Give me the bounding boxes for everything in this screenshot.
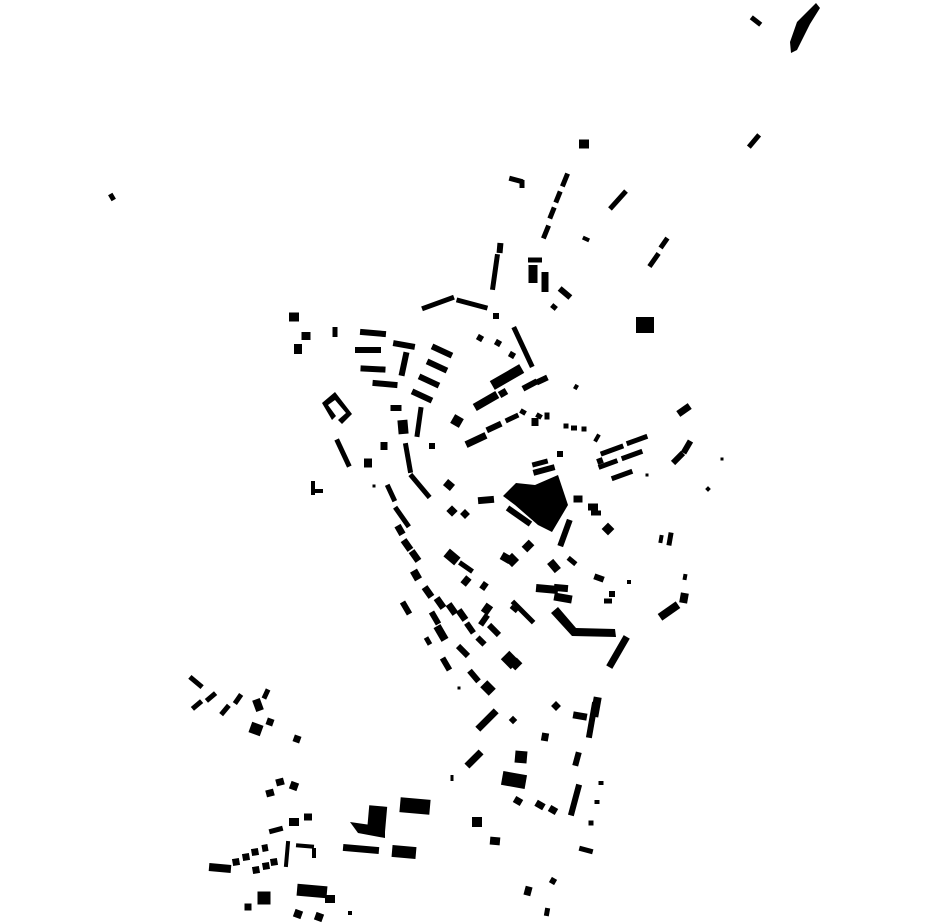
building-footprint: [560, 173, 570, 188]
building-footprint: [364, 459, 372, 468]
building-footprint: [586, 702, 598, 738]
building-footprint: [426, 359, 448, 374]
building-footprint: [553, 191, 562, 204]
building-footprint: [514, 750, 527, 763]
building-footprint: [401, 538, 414, 552]
building-footprint: [579, 846, 594, 854]
building-footprint: [721, 458, 724, 461]
building-footprints-layer: [0, 0, 930, 924]
building-footprint: [557, 451, 563, 457]
building-footprint: [479, 581, 489, 591]
building-footprint: [296, 843, 314, 849]
building-footprint: [333, 327, 338, 337]
building-footprint: [545, 413, 550, 420]
building-footprint: [391, 405, 402, 411]
building-footprint: [322, 392, 352, 424]
building-footprint: [548, 805, 558, 815]
building-footprint: [522, 540, 535, 553]
building-footprint: [258, 892, 271, 905]
building-footprint: [289, 818, 299, 826]
building-footprint: [705, 486, 711, 492]
building-footprint: [567, 556, 578, 566]
building-footprint: [265, 789, 275, 798]
building-footprint: [242, 853, 250, 861]
building-footprint: [409, 549, 422, 563]
building-footprint: [658, 601, 681, 620]
building-footprint: [505, 413, 520, 423]
building-footprint: [501, 771, 527, 789]
building-footprint: [262, 862, 270, 870]
building-footprint: [609, 591, 615, 597]
building-footprint: [490, 837, 501, 846]
building-footprint: [547, 207, 556, 220]
building-footprint: [424, 636, 432, 645]
building-footprint: [557, 519, 572, 547]
building-footprint: [532, 418, 539, 426]
building-footprint: [460, 575, 471, 586]
building-footprint: [676, 403, 691, 417]
building-footprint: [399, 352, 410, 377]
building-footprint: [314, 912, 324, 922]
building-footprint: [289, 781, 299, 791]
building-footprint: [659, 237, 670, 250]
building-footprint: [381, 442, 388, 450]
building-footprint: [293, 735, 302, 744]
building-footprint: [399, 797, 430, 815]
building-footprint: [443, 549, 460, 566]
building-footprint: [498, 388, 508, 398]
building-footprint: [606, 635, 630, 669]
building-footprint: [266, 718, 275, 727]
building-footprint: [297, 884, 328, 899]
building-footprint: [574, 496, 583, 503]
building-footprint: [108, 193, 116, 202]
building-footprint: [608, 189, 628, 210]
building-footprint: [621, 449, 643, 461]
building-footprint: [233, 693, 243, 705]
building-footprint: [262, 688, 271, 699]
building-footprint: [553, 592, 572, 603]
building-footprint: [558, 286, 573, 300]
building-footprint: [591, 511, 601, 516]
building-footprint: [460, 509, 470, 519]
building-footprint: [523, 886, 532, 897]
building-footprint: [600, 444, 624, 457]
building-footprint: [294, 344, 302, 354]
building-footprint: [568, 784, 582, 816]
building-footprint: [414, 407, 423, 437]
building-footprint: [458, 687, 461, 690]
building-footprint: [450, 414, 464, 428]
building-footprint: [480, 680, 496, 696]
building-footprint: [513, 796, 523, 806]
building-footprint: [392, 845, 417, 859]
building-footprint: [550, 303, 558, 311]
building-footprint: [403, 443, 413, 473]
building-footprint: [681, 439, 693, 454]
building-footprint: [429, 610, 441, 625]
building-footprint: [487, 623, 501, 637]
building-footprint: [313, 489, 323, 493]
building-footprint: [275, 778, 285, 787]
building-footprint: [304, 814, 312, 821]
building-footprint: [394, 524, 405, 536]
building-footprint: [571, 426, 577, 431]
building-footprint: [534, 800, 545, 811]
building-footprint: [443, 479, 455, 491]
building-footprint: [636, 317, 654, 333]
building-footprint: [451, 775, 454, 781]
building-footprint: [671, 451, 685, 465]
building-footprint: [418, 374, 440, 389]
building-footprint: [541, 732, 549, 741]
building-footprint: [589, 821, 594, 826]
building-footprint: [475, 635, 486, 646]
building-footprint: [385, 484, 397, 502]
building-footprint: [248, 722, 263, 736]
building-footprint: [582, 236, 590, 243]
building-footprint: [490, 254, 500, 290]
building-footprint: [410, 569, 422, 582]
building-footprint: [572, 751, 581, 766]
building-footprint: [464, 749, 483, 768]
building-footprint: [476, 334, 484, 342]
figure-ground-map: [0, 0, 930, 924]
building-footprint: [421, 295, 455, 311]
building-footprint: [683, 574, 688, 581]
building-footprint: [348, 911, 352, 915]
building-footprint: [551, 701, 561, 711]
building-footprint: [611, 469, 633, 481]
building-footprint: [602, 523, 615, 536]
building-footprint: [245, 904, 252, 911]
building-footprint: [446, 505, 457, 516]
building-footprint: [431, 344, 453, 359]
building-footprint: [434, 624, 449, 642]
building-footprint: [312, 848, 316, 858]
building-footprint: [593, 573, 604, 582]
building-footprint: [572, 711, 587, 720]
building-footprint: [595, 800, 600, 804]
building-footprint: [397, 420, 408, 435]
building-footprint: [646, 474, 649, 477]
building-footprint: [269, 826, 284, 834]
building-footprint: [551, 607, 616, 637]
building-footprint: [325, 895, 335, 903]
building-footprint: [467, 669, 481, 684]
building-footprint: [422, 585, 435, 599]
building-footprint: [252, 698, 264, 712]
building-footprint: [549, 877, 557, 885]
building-footprint: [554, 584, 569, 592]
building-footprint: [790, 3, 820, 53]
building-footprint: [355, 347, 381, 353]
building-footprint: [573, 384, 579, 390]
building-footprint: [456, 644, 470, 658]
building-footprint: [588, 504, 598, 511]
building-footprint: [472, 817, 482, 827]
building-footprint: [458, 560, 474, 573]
building-footprint: [542, 272, 549, 292]
building-footprint: [475, 708, 498, 731]
building-footprint: [478, 496, 495, 504]
building-footprint: [251, 848, 259, 856]
building-footprint: [599, 781, 604, 785]
building-footprint: [627, 580, 631, 584]
building-footprint: [270, 858, 278, 866]
building-footprint: [284, 841, 290, 867]
building-footprint: [593, 434, 600, 443]
building-footprint: [446, 602, 459, 616]
building-footprint: [360, 329, 386, 337]
building-footprint: [519, 408, 527, 415]
building-footprint: [343, 844, 379, 854]
building-footprint: [541, 225, 551, 240]
building-footprint: [658, 535, 663, 544]
building-footprint: [494, 339, 502, 347]
building-footprint: [532, 459, 549, 468]
building-footprint: [440, 656, 452, 671]
building-footprint: [564, 424, 569, 429]
building-footprint: [579, 140, 589, 149]
building-footprint: [485, 421, 502, 433]
building-footprint: [372, 380, 397, 388]
building-footprint: [408, 473, 431, 499]
building-footprint: [478, 613, 490, 626]
building-footprint: [252, 866, 260, 874]
building-footprint: [434, 596, 447, 610]
building-footprint: [293, 909, 303, 919]
building-footprint: [261, 844, 268, 852]
building-footprint: [493, 313, 499, 319]
building-footprint: [497, 243, 504, 253]
building-footprint: [604, 599, 612, 604]
building-footprint: [334, 438, 351, 467]
building-footprint: [481, 603, 493, 616]
building-footprint: [473, 391, 500, 411]
building-footprint: [456, 608, 469, 622]
building-footprint: [647, 252, 660, 268]
building-footprint: [582, 427, 587, 432]
building-footprint: [490, 364, 524, 390]
building-footprint: [429, 443, 435, 449]
building-footprint: [511, 600, 536, 625]
building-footprint: [508, 351, 516, 359]
building-footprint: [535, 375, 548, 386]
building-footprint: [219, 704, 231, 716]
building-footprint: [547, 559, 561, 573]
building-footprint: [544, 908, 550, 917]
building-footprint: [528, 258, 542, 263]
building-footprint: [360, 365, 385, 372]
building-footprint: [666, 532, 673, 546]
building-footprint: [373, 485, 376, 488]
building-footprint: [393, 506, 411, 529]
building-footprint: [679, 592, 689, 603]
building-footprint: [302, 332, 311, 340]
building-footprint: [465, 432, 488, 448]
building-footprint: [209, 863, 232, 873]
building-footprint: [205, 691, 217, 703]
building-footprint: [456, 297, 488, 310]
building-footprint: [750, 15, 763, 26]
building-footprint: [509, 716, 517, 724]
building-footprint: [626, 434, 648, 446]
building-footprint: [289, 313, 299, 322]
building-footprint: [464, 621, 476, 634]
building-footprint: [393, 340, 416, 350]
building-footprint: [411, 389, 433, 404]
building-footprint: [188, 675, 203, 689]
building-footprint: [400, 600, 412, 615]
building-footprint: [747, 133, 761, 148]
building-footprint: [511, 326, 534, 368]
building-footprint: [191, 699, 203, 711]
building-footprint: [520, 180, 525, 188]
building-footprint: [529, 265, 538, 283]
building-footprint: [503, 475, 568, 532]
building-footprint: [232, 858, 240, 866]
